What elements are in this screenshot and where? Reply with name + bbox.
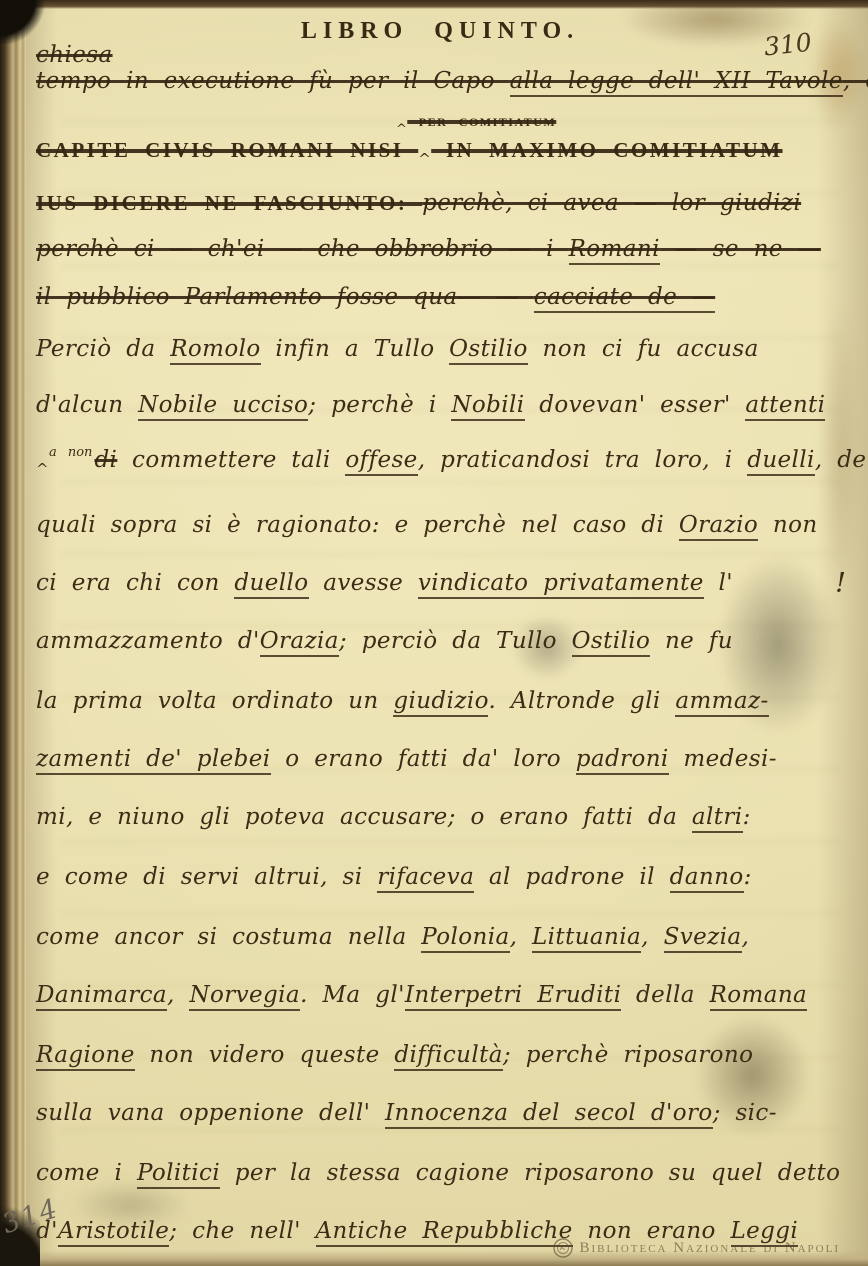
- text-segment: ,: [510, 924, 532, 950]
- text-segment: avesse: [309, 570, 418, 596]
- manuscript-line: il pubblico Parlamento fosse qua— — cacc…: [36, 282, 846, 312]
- text-segment: padroni: [576, 746, 669, 775]
- text-segment: ammazzamento d': [36, 628, 260, 654]
- manuscript-line: d'alcun Nobile ucciso; perchè i Nobili d…: [36, 390, 846, 420]
- text-segment: ; perchè i: [308, 392, 451, 418]
- manuscript-scan: LIBRO QUINTO. 310 314 ! chiesatempo in e…: [0, 0, 868, 1266]
- manuscript-line: ci era chi con duello avesse vindicato p…: [36, 568, 846, 598]
- text-segment: Nobili: [451, 392, 524, 421]
- manuscript-line: quali sopra si è ragionato: e perchè nel…: [36, 510, 846, 540]
- text-segment: quali sopra si è ragionato: e perchè nel…: [36, 512, 679, 538]
- page-top-edge: [0, 0, 868, 9]
- text-segment: Romana: [710, 982, 808, 1011]
- library-seal-icon: [553, 1238, 573, 1258]
- text-segment: ; che nell': [169, 1218, 315, 1244]
- text-segment: come ancor si costuma nella: [36, 924, 421, 950]
- text-segment: attenti: [745, 392, 825, 421]
- text-segment: , che: [843, 68, 868, 94]
- manuscript-line: CAPITE CIVIS ROMANI NISI ^ IN MAXIMO COM…: [36, 135, 846, 174]
- text-segment: commettere tali: [117, 447, 345, 473]
- text-segment: . Altronde gli: [488, 688, 675, 714]
- interline-insertion: a non: [49, 445, 92, 460]
- text-segment: non videro queste: [135, 1042, 395, 1068]
- text-segment: ; perchè riposarono: [503, 1042, 754, 1068]
- text-segment: ,: [167, 982, 189, 1008]
- text-segment: — se ne —: [660, 236, 821, 262]
- book-gutter-edge: [0, 0, 26, 1266]
- manuscript-line: come i Politici per la stessa cagione ri…: [36, 1158, 846, 1188]
- manuscript-line: ammazzamento d'Orazia; perciò da Tullo O…: [36, 626, 846, 656]
- text-segment: Politici: [137, 1160, 220, 1189]
- manuscript-line: ^a nondi commettere tali offese, pratica…: [36, 438, 846, 484]
- text-segment: Innocenza del secol d'oro: [385, 1100, 713, 1129]
- text-segment: cacciate de —: [534, 284, 715, 313]
- text-segment: PER COMITIATUM: [407, 115, 556, 129]
- manuscript-line: IUS DICERE NE FASCIUNTO: perchè, ci avea…: [36, 188, 846, 218]
- text-segment: mi, e niuno gli poteva accusare; o erano…: [36, 804, 692, 830]
- manuscript-line: come ancor si costuma nella Polonia, Lit…: [36, 922, 846, 952]
- text-segment: Nobile ucciso: [138, 392, 308, 421]
- text-segment: la prima volta ordinato un: [36, 688, 393, 714]
- text-segment: Littuania: [532, 924, 641, 953]
- text-segment: ci era chi con: [36, 570, 234, 596]
- text-segment: Orazio: [679, 512, 758, 541]
- text-segment: sulla vana oppenione dell': [36, 1100, 385, 1126]
- text-segment: d'alcun: [36, 392, 138, 418]
- text-segment: della: [621, 982, 709, 1008]
- text-segment: vindicato privatamente: [418, 570, 704, 599]
- manuscript-line: zamenti de' plebei o erano fatti da' lor…: [36, 744, 846, 774]
- text-segment: duello: [234, 570, 308, 599]
- text-segment: Antiche Repubbliche: [316, 1218, 573, 1247]
- manuscript-line: e come di servi altrui, si rifaceva al p…: [36, 862, 846, 892]
- text-segment: Ostilio: [449, 336, 528, 365]
- library-watermark: Biblioteca Nazionale di Napoli: [553, 1238, 840, 1258]
- text-segment: ,: [641, 924, 663, 950]
- text-segment: Svezia: [664, 924, 742, 953]
- manuscript-body: chiesatempo in executione fù per il Capo…: [36, 40, 846, 1246]
- text-segment: perchè ci — ch'ei — che obbrobrio — i: [36, 236, 569, 262]
- text-segment: Ostilio: [572, 628, 651, 657]
- text-segment: ,: [742, 924, 750, 950]
- text-segment: ; perciò da Tullo: [339, 628, 572, 654]
- text-segment: ammaz-: [675, 688, 768, 717]
- text-segment: danno: [670, 864, 744, 893]
- text-segment: infin a Tullo: [261, 336, 450, 362]
- binding-corner-top: [0, 0, 46, 44]
- text-segment: ; sic-: [713, 1100, 777, 1126]
- text-segment: Perciò da: [36, 336, 170, 362]
- text-segment: l': [704, 570, 733, 596]
- text-segment: medesi-: [669, 746, 777, 772]
- manuscript-line: la prima volta ordinato un giudizio. Alt…: [36, 686, 846, 716]
- text-segment: e come di servi altrui, si: [36, 864, 377, 890]
- text-segment: difficultà: [394, 1042, 502, 1071]
- text-segment: alla legge dell' XII Tavole: [510, 68, 843, 97]
- text-segment: per la stessa cagione riposarono su quel…: [220, 1160, 840, 1186]
- text-segment: Aristotile: [58, 1218, 169, 1247]
- manuscript-line: sulla vana oppenione dell' Innocenza del…: [36, 1098, 846, 1128]
- caret-mark: ^: [418, 150, 431, 168]
- text-segment: tempo: [36, 68, 126, 94]
- text-segment: , de': [815, 447, 868, 473]
- watermark-label: Biblioteca Nazionale di Napoli: [579, 1240, 840, 1257]
- text-segment: giudizio: [393, 688, 488, 717]
- caret-mark: ^: [36, 460, 49, 478]
- manuscript-line: Perciò da Romolo infin a Tullo Ostilio n…: [36, 334, 846, 364]
- text-segment: Norvegia: [189, 982, 300, 1011]
- text-segment: Interpetri Eruditi: [405, 982, 621, 1011]
- text-segment: . Ma gl': [300, 982, 405, 1008]
- text-segment: di: [94, 447, 117, 473]
- text-segment: chiesa: [36, 42, 113, 68]
- text-segment: come i: [36, 1160, 137, 1186]
- manuscript-line: perchè ci — ch'ei — che obbrobrio — i Ro…: [36, 234, 846, 264]
- manuscript-line: Danimarca, Norvegia. Ma gl'Interpetri Er…: [36, 980, 846, 1010]
- text-segment: al padrone il: [474, 864, 669, 890]
- text-segment: in executione fù per il Capo: [126, 68, 510, 94]
- text-segment: Romani: [569, 236, 660, 265]
- text-segment: il pubblico Parlamento fosse qua— —: [36, 284, 534, 310]
- text-segment: altri: [692, 804, 743, 833]
- text-segment: :: [743, 804, 751, 830]
- manuscript-line: Ragione non videro queste difficultà; pe…: [36, 1040, 846, 1070]
- text-segment: IUS DICERE NE FASCIUNTO:: [36, 191, 422, 215]
- text-segment: o erano fatti da' loro: [271, 746, 576, 772]
- text-segment: Polonia: [421, 924, 509, 953]
- text-segment: Danimarca: [36, 982, 167, 1011]
- manuscript-line: tempo in executione fù per il Capo alla …: [36, 66, 846, 96]
- text-segment: zamenti de' plebei: [36, 746, 271, 775]
- text-segment: Romolo: [170, 336, 260, 365]
- text-segment: Orazia: [260, 628, 339, 657]
- text-segment: d': [36, 1218, 58, 1244]
- text-segment: CAPITE CIVIS ROMANI NISI: [36, 138, 418, 162]
- text-segment: :: [744, 864, 752, 890]
- text-segment: perchè, ci avea — lor giudizi: [422, 190, 801, 216]
- text-segment: dovevan' esser': [525, 392, 746, 418]
- text-segment: , praticandosi tra loro, i: [418, 447, 748, 473]
- text-segment: rifaceva: [377, 864, 474, 893]
- text-segment: duelli: [747, 447, 815, 476]
- text-segment: offese: [345, 447, 417, 476]
- text-segment: ne fu: [650, 628, 733, 654]
- text-segment: Ragione: [36, 1042, 135, 1071]
- text-segment: non ci fu accusa: [528, 336, 759, 362]
- text-segment: non: [758, 512, 817, 538]
- manuscript-line: mi, e niuno gli poteva accusare; o erano…: [36, 802, 846, 832]
- manuscript-line: ^ PER COMITIATUM: [396, 104, 846, 137]
- text-segment: IN MAXIMO COMITIATUM: [431, 138, 782, 162]
